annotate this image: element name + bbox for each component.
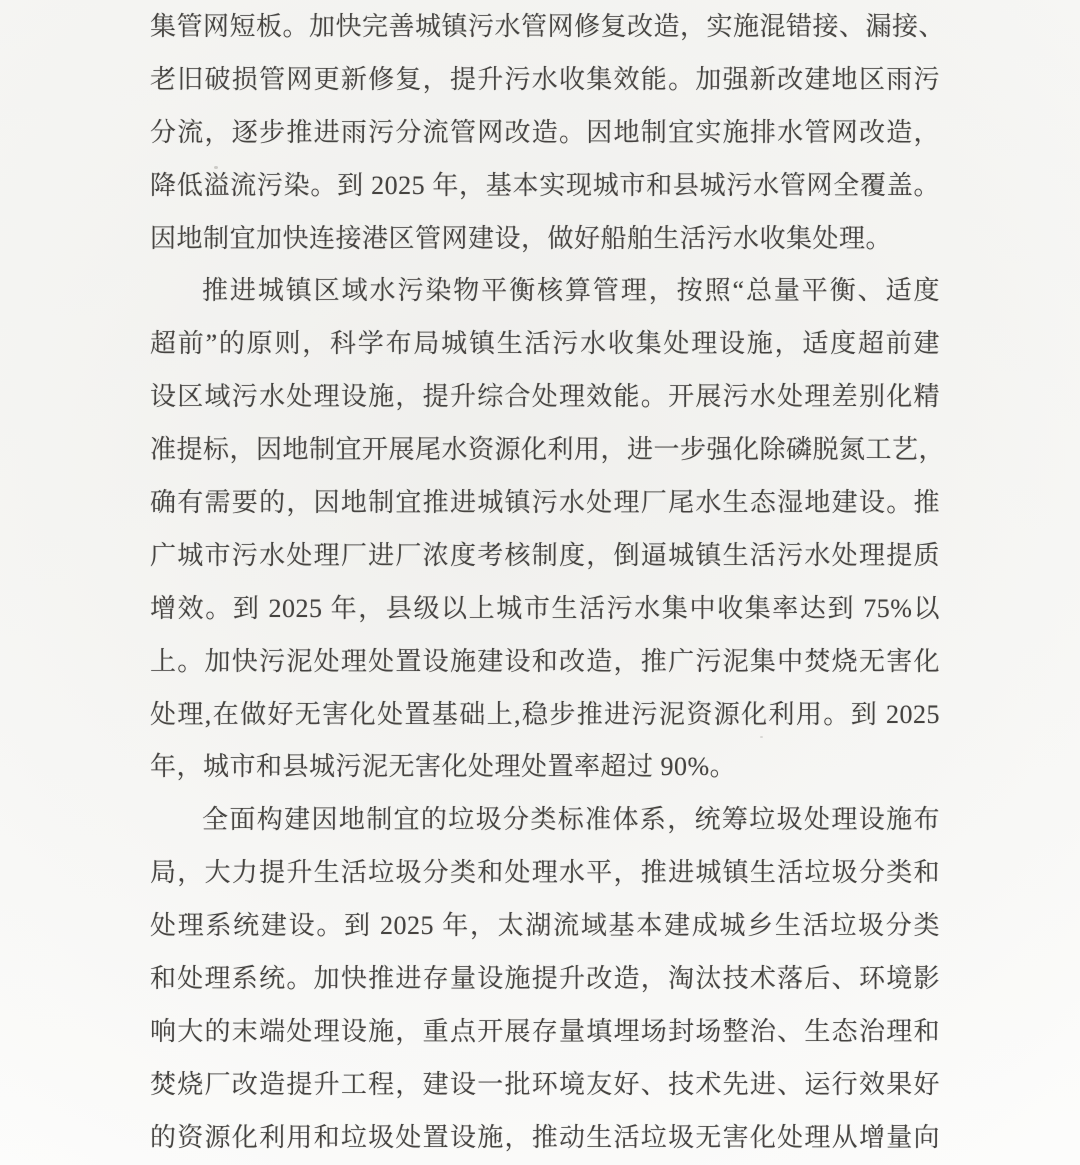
document-text-block: 集管网短板。加快完善城镇污水管网修复改造，实施混错接、漏接、 老旧破损管网更新修… — [150, 1, 940, 1165]
text-line: 响大的末端处理设施，重点开展存量填埋场封场整治、生态治理和 — [150, 1006, 940, 1059]
text-line-paragraph-end: 年，城市和县城污泥无害化处理处置率超过 90%。 — [150, 741, 940, 794]
text-line: 和处理系统。加快推进存量设施提升改造，淘汰技术落后、环境影 — [150, 953, 940, 1006]
text-line: 焚烧厂改造提升工程，建设一批环境友好、技术先进、运行效果好 — [150, 1059, 940, 1112]
text-line: 分流，逐步推进雨污分流管网改造。因地制宜实施排水管网改造， — [150, 107, 940, 160]
text-line-paragraph-start: 全面构建因地制宜的垃圾分类标准体系，统筹垃圾处理设施布 — [150, 794, 940, 847]
text-line: 处理,在做好无害化处置基础上,稳步推进污泥资源化利用。到 2025 — [150, 689, 940, 742]
text-line: 设区域污水处理设施，提升综合处理效能。开展污水处理差别化精 — [150, 371, 940, 424]
text-line: 集管网短板。加快完善城镇污水管网修复改造，实施混错接、漏接、 — [150, 1, 940, 54]
text-line: 降低溢流污染。到 2025 年，基本实现城市和县城污水管网全覆盖。 — [150, 160, 940, 213]
text-line-paragraph-start: 推进城镇区域水污染物平衡核算管理，按照“总量平衡、适度 — [150, 265, 940, 318]
text-line: 老旧破损管网更新修复，提升污水收集效能。加强新改建地区雨污 — [150, 54, 940, 107]
text-line: 超前”的原则，科学布局城镇生活污水收集处理设施，适度超前建 — [150, 318, 940, 371]
text-line-paragraph-end: 因地制宜加快连接港区管网建设，做好船舶生活污水收集处理。 — [150, 213, 940, 266]
text-line: 准提标，因地制宜开展尾水资源化利用，进一步强化除磷脱氮工艺， — [150, 424, 940, 477]
text-line: 处理系统建设。到 2025 年，太湖流域基本建成城乡生活垃圾分类 — [150, 900, 940, 953]
text-line: 确有需要的，因地制宜推进城镇污水处理厂尾水生态湿地建设。推 — [150, 477, 940, 530]
text-line: 增效。到 2025 年，县级以上城市生活污水集中收集率达到 75%以 — [150, 583, 940, 636]
text-line: 局，大力提升生活垃圾分类和处理水平，推进城镇生活垃圾分类和 — [150, 847, 940, 900]
text-line: 的资源化利用和垃圾处置设施，推动生活垃圾无害化处理从增量向 — [150, 1112, 940, 1165]
text-line: 广城市污水处理厂进厂浓度考核制度，倒逼城镇生活污水处理提质 — [150, 530, 940, 583]
text-line: 上。加快污泥处理处置设施建设和改造，推广污泥集中焚烧无害化 — [150, 636, 940, 689]
document-page: 集管网短板。加快完善城镇污水管网修复改造，实施混错接、漏接、 老旧破损管网更新修… — [0, 0, 1080, 1165]
